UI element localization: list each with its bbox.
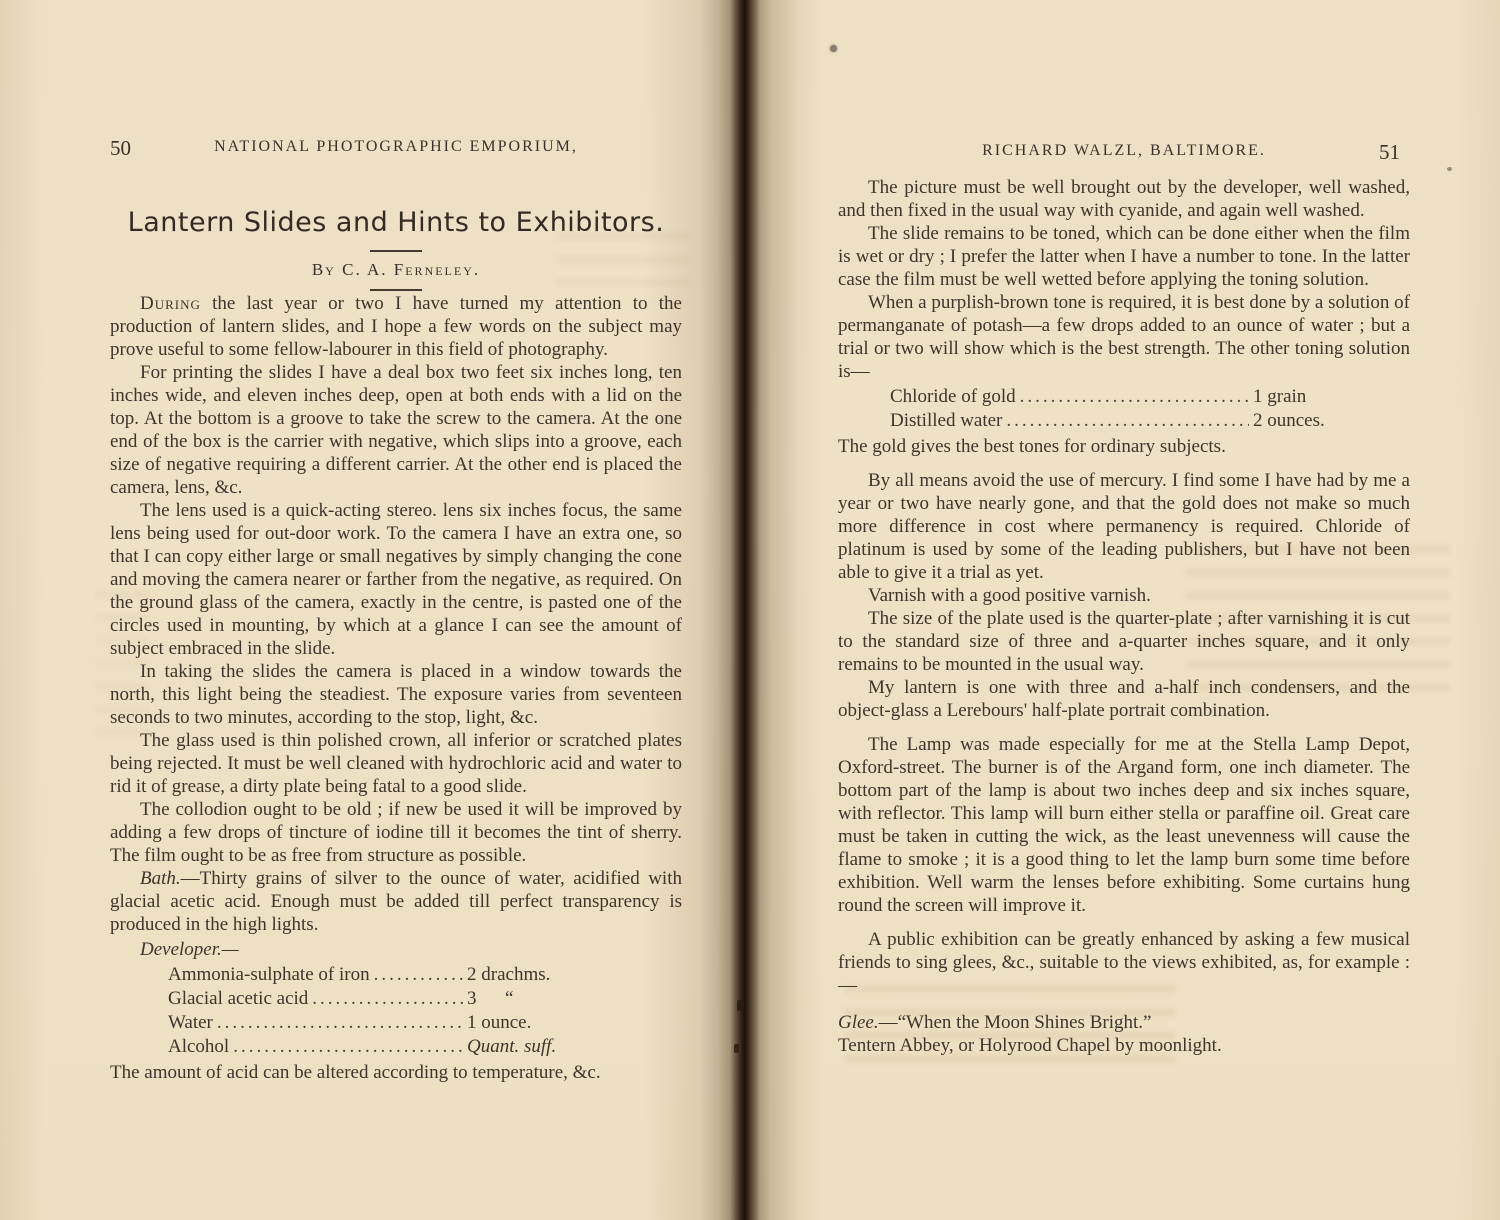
paragraph-list: During the last year or two I have turne… xyxy=(110,292,682,936)
ingredient-amount: 3 “ xyxy=(467,987,682,1011)
ingredient-name: Ammonia-sulphate of iron xyxy=(168,963,370,987)
paragraph: The picture must be well brought out by … xyxy=(838,176,1410,222)
running-header-right: RICHARD WALZL, BALTIMORE. 51 xyxy=(838,142,1410,160)
glee-line: Glee.—“When the Moon Shines Bright.” xyxy=(838,1011,1410,1034)
paragraph: My lantern is one with three and a-half … xyxy=(838,676,1410,722)
glee-line: Tentern Abbey, or Holyrood Chapel by moo… xyxy=(838,1034,1410,1057)
paragraph: When a purplish-brown tone is required, … xyxy=(838,291,1410,383)
paragraph: Varnish with a good positive varnish. xyxy=(838,584,1410,607)
ingredient-amount: 1 grain xyxy=(1253,385,1410,409)
binding-stitch-mark xyxy=(737,1000,743,1011)
book-gutter-shadow xyxy=(700,0,800,1220)
glee-label: Glee. xyxy=(838,1012,879,1033)
recipe-row: AlcoholQuant. suff. xyxy=(110,1035,682,1059)
lead-word-italic: Bath. xyxy=(140,868,181,889)
ingredient-amount: 2 drachms. xyxy=(467,963,682,987)
running-header-text: RICHARD WALZL, BALTIMORE. xyxy=(982,142,1266,159)
dot-leader xyxy=(1006,409,1249,433)
paragraph: The size of the plate used is the quarte… xyxy=(838,607,1410,676)
recipe-row: Ammonia-sulphate of iron2 drachms. xyxy=(110,963,682,987)
paragraph: In taking the slides the camera is place… xyxy=(110,660,682,729)
ingredient-amount: 1 ounce. xyxy=(467,1011,682,1035)
ingredient-name: Distilled water xyxy=(890,409,1002,433)
ingredient-name: Chloride of gold xyxy=(890,385,1016,409)
article-title: Lantern Slides and Hints to Exhibitors. xyxy=(110,207,682,238)
running-header-text: NATIONAL PHOTOGRAPHIC EMPORIUM, xyxy=(214,138,578,155)
dot-leader xyxy=(374,963,463,987)
paragraph: By all means avoid the use of mercury. I… xyxy=(838,469,1410,584)
paragraph: The glass used is thin polished crown, a… xyxy=(110,729,682,798)
lead-word: During xyxy=(140,293,201,314)
paragraph: Bath.—Thirty grains of silver to the oun… xyxy=(110,867,682,936)
dot-leader xyxy=(1020,385,1249,409)
paragraph-list: The picture must be well brought out by … xyxy=(838,176,1410,383)
after-recipe-line: The gold gives the best tones for ordina… xyxy=(838,435,1410,458)
ink-speck xyxy=(830,45,837,52)
closing-line: The amount of acid can be altered accord… xyxy=(110,1061,682,1084)
divider-rule xyxy=(370,289,422,291)
paragraph-list: By all means avoid the use of mercury. I… xyxy=(838,469,1410,997)
byline: By C. A. Ferneley. xyxy=(110,260,682,280)
left-page-body: During the last year or two I have turne… xyxy=(110,292,682,1084)
page-number: 50 xyxy=(110,136,131,161)
ingredient-amount: 2 ounces. xyxy=(1253,409,1410,433)
recipe-row: Glacial acetic acid3 “ xyxy=(110,987,682,1011)
glee-block: Glee.—“When the Moon Shines Bright.” Ten… xyxy=(838,1011,1410,1057)
recipe-row: Distilled water2 ounces. xyxy=(838,409,1410,433)
toning-recipe-table: Chloride of gold1 grainDistilled water2 … xyxy=(838,385,1410,433)
paragraph: The Lamp was made especially for me at t… xyxy=(838,733,1410,917)
page-number: 51 xyxy=(1379,140,1400,165)
dot-leader xyxy=(217,1011,463,1035)
paragraph: For printing the slides I have a deal bo… xyxy=(110,361,682,499)
ingredient-name: Water xyxy=(168,1011,213,1035)
book-spread-scan: 50 NATIONAL PHOTOGRAPHIC EMPORIUM, Lante… xyxy=(0,0,1500,1220)
right-page-body: The picture must be well brought out by … xyxy=(838,176,1410,1057)
ingredient-amount: Quant. suff. xyxy=(467,1035,682,1059)
recipe-row: Chloride of gold1 grain xyxy=(838,385,1410,409)
developer-heading: Developer.— xyxy=(110,938,682,961)
dot-leader xyxy=(312,987,463,1011)
paragraph: The slide remains to be toned, which can… xyxy=(838,222,1410,291)
paragraph: The collodion ought to be old ; if new b… xyxy=(110,798,682,867)
ink-speck xyxy=(1447,167,1452,171)
paragraph: A public exhibition can be greatly enhan… xyxy=(838,928,1410,997)
ingredient-name: Glacial acetic acid xyxy=(168,987,308,1011)
ingredient-name: Alcohol xyxy=(168,1035,229,1059)
paragraph: The lens used is a quick-acting stereo. … xyxy=(110,499,682,660)
running-header-left: 50 NATIONAL PHOTOGRAPHIC EMPORIUM, xyxy=(110,138,682,156)
glee-text: —“When the Moon Shines Bright.” xyxy=(879,1012,1152,1033)
recipe-row: Water1 ounce. xyxy=(110,1011,682,1035)
article-title-block: Lantern Slides and Hints to Exhibitors. … xyxy=(110,207,682,299)
binding-stitch-mark xyxy=(734,1044,739,1053)
dot-leader xyxy=(233,1035,463,1059)
paragraph: During the last year or two I have turne… xyxy=(110,292,682,361)
divider-rule xyxy=(370,250,422,252)
developer-recipe-table: Ammonia-sulphate of iron2 drachms.Glacia… xyxy=(110,963,682,1059)
